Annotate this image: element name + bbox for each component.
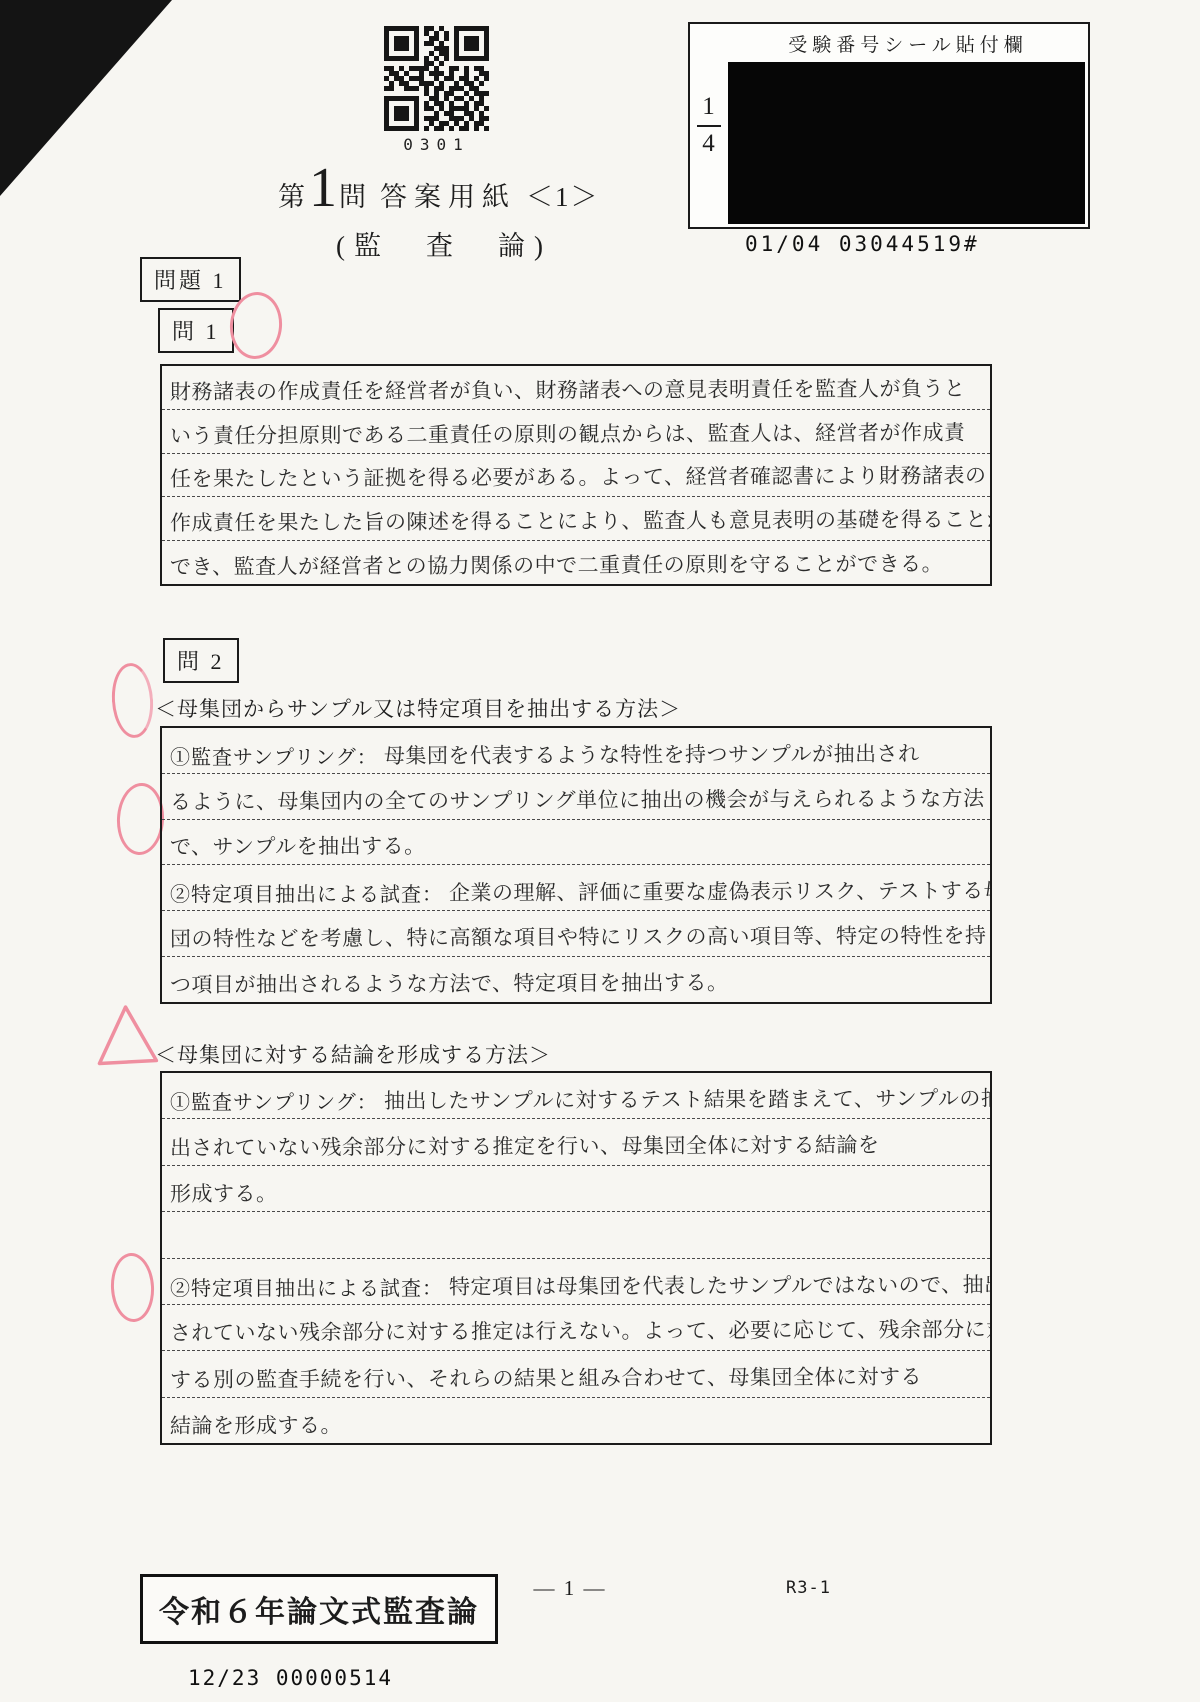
handwritten-text: する別の監査手続を行い、それらの結果と組み合わせて、母集団全体に対する	[170, 1360, 922, 1393]
answer-line: する別の監査手続を行い、それらの結果と組み合わせて、母集団全体に対する	[162, 1351, 990, 1397]
red-circle-mark-extract-2	[115, 782, 166, 856]
answer-line: ②特定項目抽出による試査：企業の理解、評価に重要な虚偽表示リスク、テストする母集	[162, 865, 990, 911]
title-question-number: 1	[307, 160, 339, 216]
page-number: — 1 —	[505, 1576, 635, 1601]
question2-label: 問 2	[163, 638, 239, 683]
title-dai: 第	[278, 175, 307, 214]
scan-corner-fold	[0, 0, 172, 196]
handwritten-text: でき、監査人が経営者との協力関係の中で二重責任の原則を守ることができる。	[170, 548, 943, 581]
handwritten-text: 任を果たしたという証拠を得る必要がある。よって、経営者確認書により財務諸表の	[170, 460, 987, 494]
answer-line: 財務諸表の作成責任を経営者が負い、財務諸表への意見表明責任を監査人が負うと	[162, 366, 990, 410]
reference-code: R3-1	[786, 1578, 831, 1598]
qr-code	[384, 26, 489, 131]
answer-line: 作成責任を果たした旨の陳述を得ることにより、監査人も意見表明の基礎を得ることが	[162, 497, 990, 541]
answer-line: でき、監査人が経営者との協力関係の中で二重責任の原則を守ることができる。	[162, 541, 990, 584]
sheet-code-line: 01/04 03044519#	[745, 232, 980, 256]
handwritten-text: 結論を形成する。	[170, 1409, 342, 1440]
answer-line: いう責任分担原則である二重責任の原則の観点からは、監査人は、経営者が作成責	[162, 410, 990, 454]
handwritten-text: 特定項目は母集団を代表したサンプルではないので、抽出	[449, 1268, 990, 1300]
qr-caption: 0301	[384, 135, 489, 154]
printed-item-label: ②特定項目抽出による試査：	[170, 1272, 449, 1301]
printed-item-label: ②特定項目抽出による試査：	[170, 878, 449, 907]
answer-line: されていない残余部分に対する推定は行えない。よって、必要に応じて、残余部分に対	[162, 1305, 990, 1351]
scan-serial-number: 12/23 00000514	[188, 1666, 393, 1690]
sheet-fraction: 1 4	[690, 24, 728, 227]
handwritten-text: るように、母集団内の全てのサンプリング単位に抽出の機会が与えられるような方法	[170, 782, 985, 816]
answer-line: 任を果たしたという証拠を得る必要がある。よって、経営者確認書により財務諸表の	[162, 454, 990, 498]
handwritten-text: 形成する。	[170, 1178, 278, 1208]
examinee-seal-box: 1 4 受験番号シール貼付欄	[688, 22, 1090, 229]
extract-method-heading: ＜母集団からサンプル又は特定項目を抽出する方法＞	[155, 693, 681, 723]
subject-title: (監 査 論)	[336, 224, 552, 263]
title-sheet-index: ＜1＞	[526, 175, 600, 214]
title-mon: 問	[339, 175, 366, 214]
scanned-answer-sheet: 0301 第 1 問 答案用紙 ＜1＞ (監 査 論) 1 4 受験番号シール貼…	[0, 0, 1200, 1702]
fraction-bar	[697, 125, 721, 127]
answer-line: で、サンプルを抽出する。	[162, 820, 990, 866]
answer-line: 形成する。	[162, 1166, 990, 1212]
handwritten-text: 企業の理解、評価に重要な虚偽表示リスク、テストする母集	[449, 875, 990, 908]
qr-block: 0301	[384, 26, 489, 154]
answer-line: るように、母集団内の全てのサンプリング単位に抽出の機会が与えられるような方法	[162, 774, 990, 820]
handwritten-text: 団の特性などを考慮し、特に高額な項目や特にリスクの高い項目等、特定の特性を持	[170, 920, 987, 954]
red-circle-mark-extract-1	[109, 662, 155, 740]
handwritten-text: つ項目が抽出されるような方法で、特定項目を抽出する。	[170, 967, 729, 999]
page-title: 第 1 問 答案用紙 ＜1＞	[278, 160, 600, 216]
printed-item-label: ①監査サンプリング：	[170, 741, 384, 770]
red-triangle-mark	[94, 1003, 160, 1067]
answer-line: ①監査サンプリング：母集団を代表するような特性を持つサンプルが抽出され	[162, 728, 990, 774]
exam-name-box: 令和６年論文式監査論	[140, 1574, 498, 1644]
handwritten-text: 作成責任を果たした旨の陳述を得ることにより、監査人も意見表明の基礎を得ることが	[170, 504, 990, 538]
q2-conclude-answer-box: ①監査サンプリング：抽出したサンプルに対するテスト結果を踏まえて、サンプルの抽 …	[160, 1071, 992, 1445]
fraction-numerator: 1	[702, 93, 715, 120]
fraction-denominator: 4	[702, 130, 715, 157]
question1-label: 問 1	[158, 308, 234, 353]
answer-line	[162, 1212, 990, 1258]
problem1-label: 問題 1	[140, 257, 241, 302]
handwritten-text: 出されていない残余部分に対する推定を行い、母集団全体に対する結論を	[170, 1129, 880, 1162]
red-circle-mark-conclude-2	[109, 1252, 156, 1323]
printed-item-label: ①監査サンプリング：	[170, 1086, 384, 1115]
q1-answer-box: 財務諸表の作成責任を経営者が負い、財務諸表への意見表明責任を監査人が負うと いう…	[160, 364, 992, 586]
answer-line: 団の特性などを考慮し、特に高額な項目や特にリスクの高い項目等、特定の特性を持	[162, 911, 990, 957]
handwritten-text: されていない残余部分に対する推定は行えない。よって、必要に応じて、残余部分に対	[170, 1314, 990, 1348]
conclude-method-heading: ＜母集団に対する結論を形成する方法＞	[155, 1039, 551, 1069]
handwritten-text: いう責任分担原則である二重責任の原則の観点からは、監査人は、経営者が作成責	[170, 416, 966, 449]
answer-line: 出されていない残余部分に対する推定を行い、母集団全体に対する結論を	[162, 1119, 990, 1165]
seal-box-header: 受験番号シール貼付欄	[728, 24, 1088, 62]
q2-extract-answer-box: ①監査サンプリング：母集団を代表するような特性を持つサンプルが抽出され るように…	[160, 726, 992, 1004]
redacted-seal-area	[728, 62, 1085, 224]
answer-line: 結論を形成する。	[162, 1398, 990, 1443]
answer-line: ①監査サンプリング：抽出したサンプルに対するテスト結果を踏まえて、サンプルの抽	[162, 1073, 990, 1119]
handwritten-text: 母集団を代表するような特性を持つサンプルが抽出され	[384, 737, 920, 769]
answer-line: つ項目が抽出されるような方法で、特定項目を抽出する。	[162, 957, 990, 1002]
handwritten-text: 財務諸表の作成責任を経営者が負い、財務諸表への意見表明責任を監査人が負うと	[170, 372, 966, 405]
answer-line: ②特定項目抽出による試査：特定項目は母集団を代表したサンプルではないので、抽出	[162, 1259, 990, 1305]
handwritten-text: で、サンプルを抽出する。	[170, 830, 426, 861]
handwritten-text: 抽出したサンプルに対するテスト結果を踏まえて、サンプルの抽	[384, 1083, 990, 1116]
title-sheet-label: 答案用紙	[380, 175, 516, 214]
